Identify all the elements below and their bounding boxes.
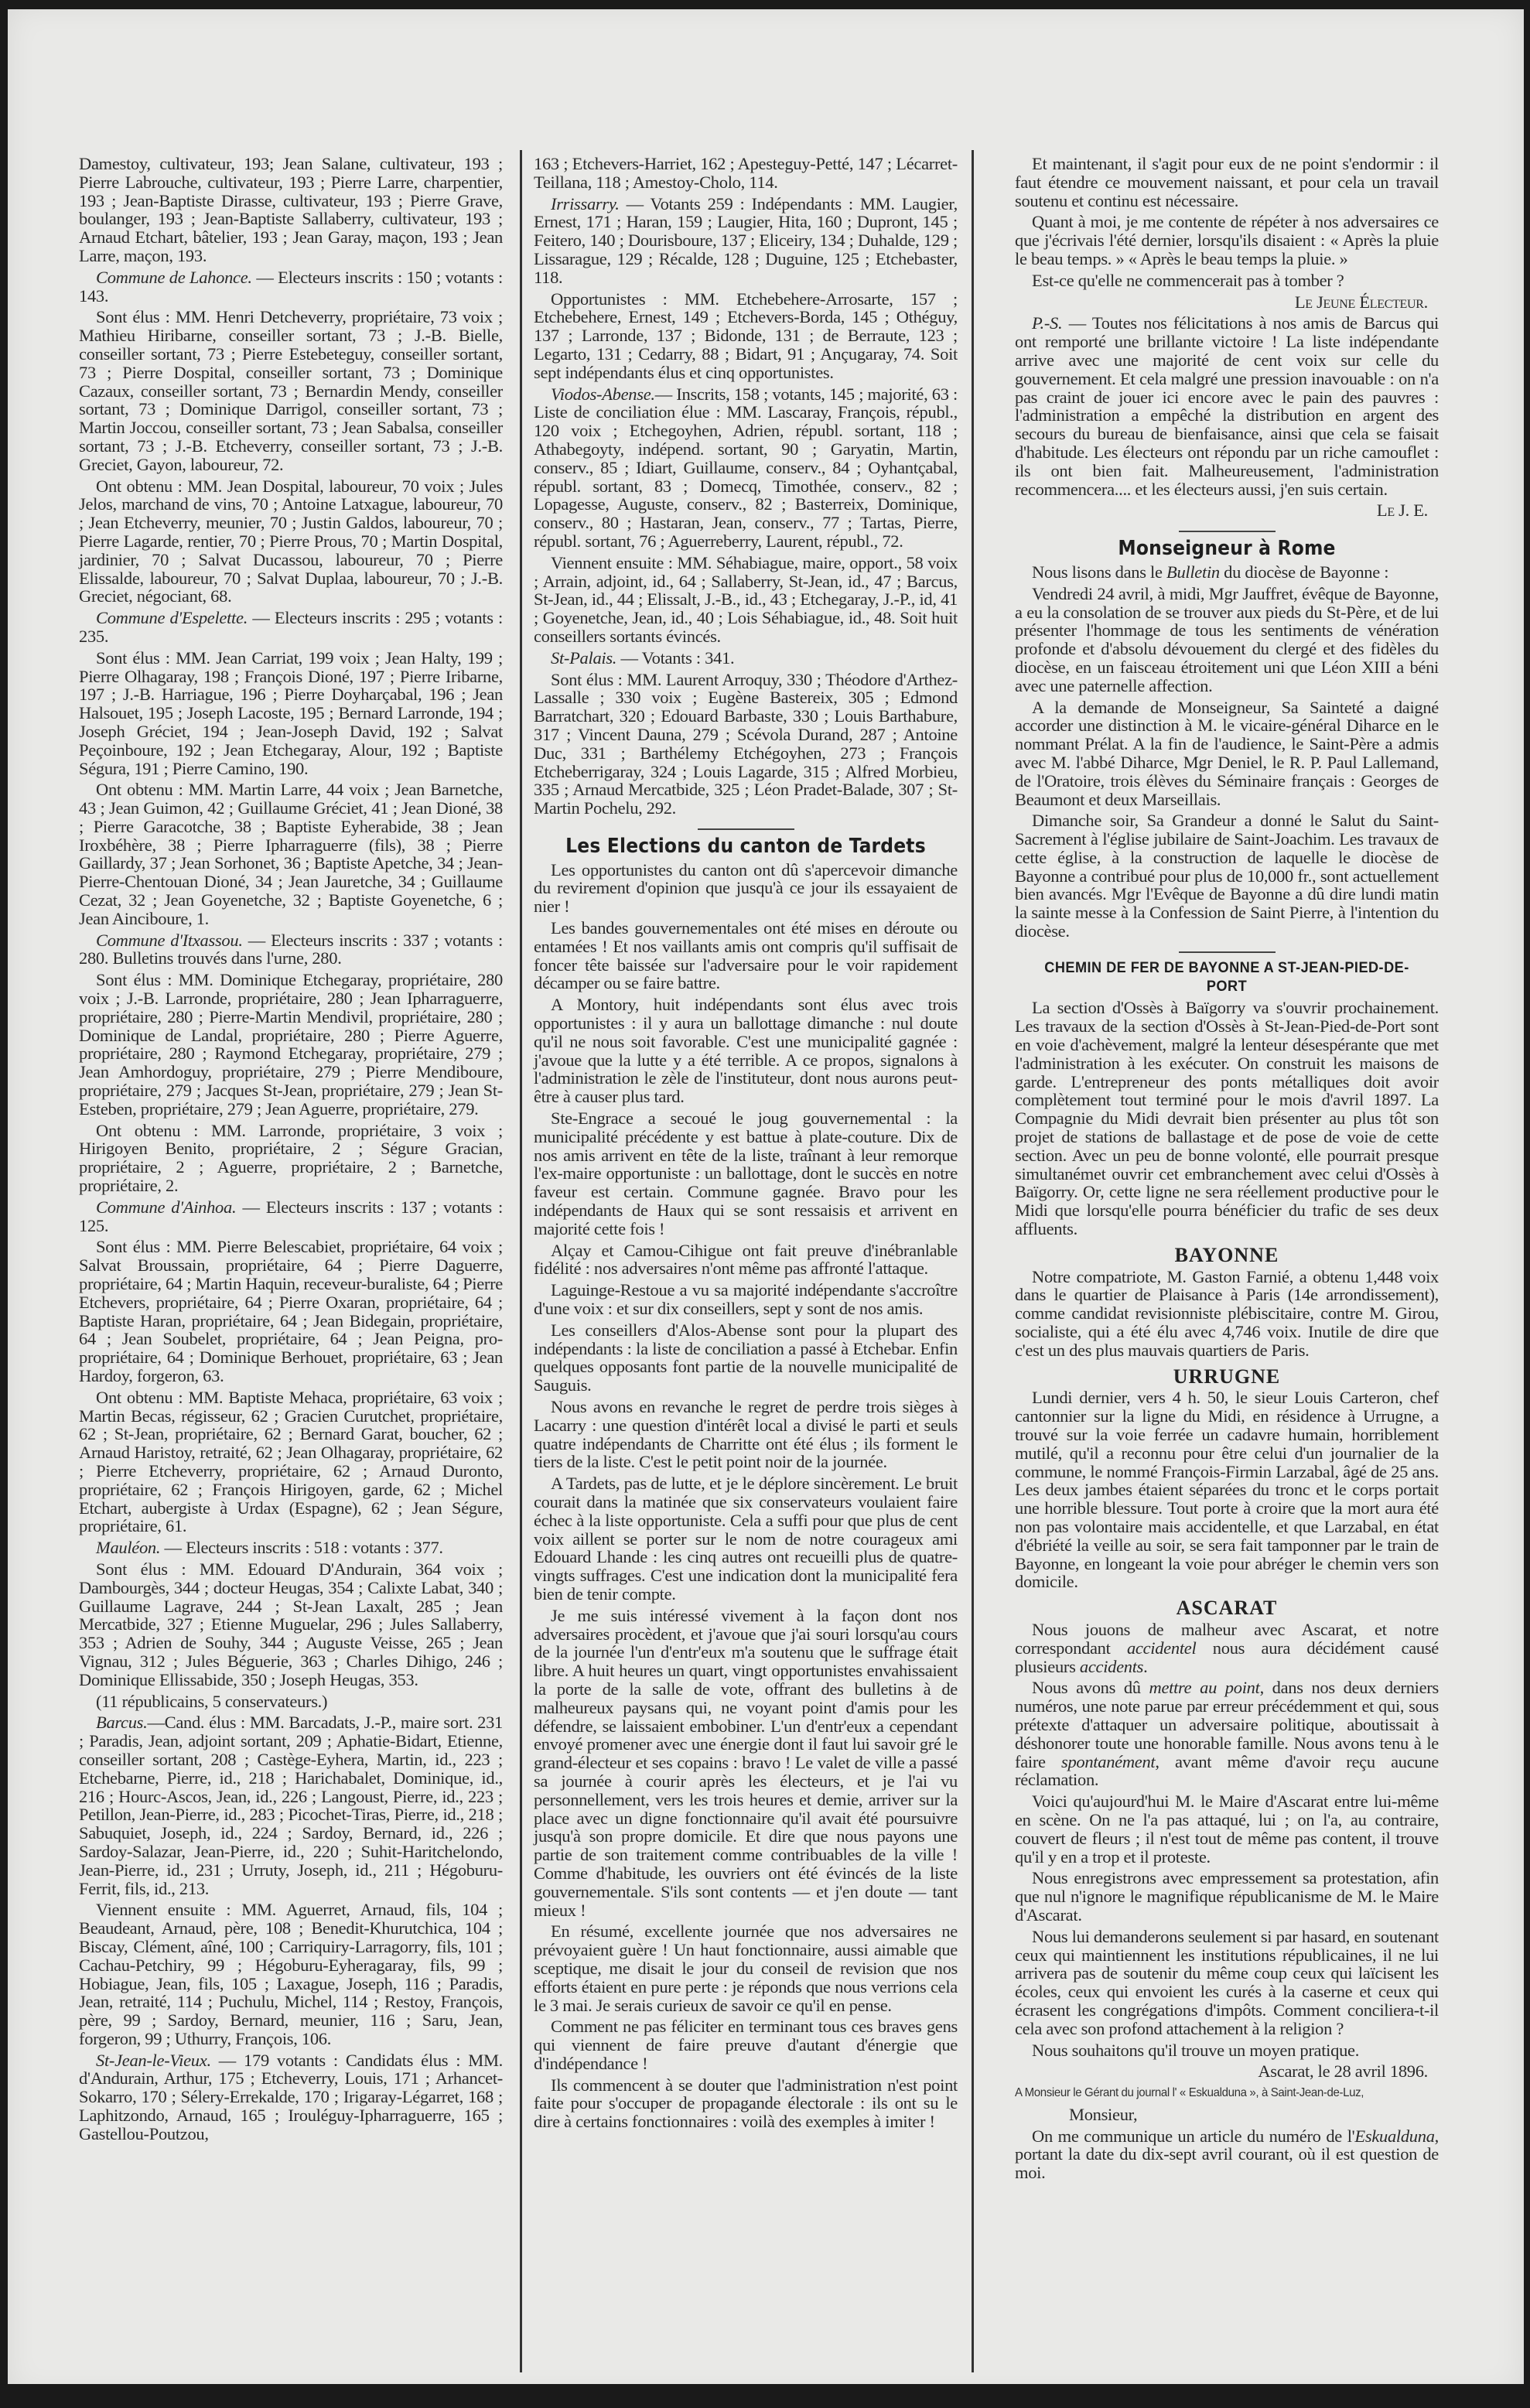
paragraph: Voici qu'aujourd'hui M. le Maire d'Ascar… [1015, 1792, 1439, 1866]
signature: Le J. E. [1015, 501, 1428, 520]
commune-title: Commune d'Itxassou. [96, 931, 243, 950]
paragraph: Nous avons en revanche le regret de perd… [534, 1398, 958, 1471]
commune-itxassou: Commune d'Itxassou. — Electeurs inscrits… [79, 931, 503, 968]
column-3: Et maintenant, il s'agit pour eux de ne … [1015, 155, 1439, 2271]
paragraph: Sont élus : MM. Jean Carriat, 199 voix ;… [79, 649, 503, 778]
article-heading-railway: CHEMIN DE FER DE BAYONNE A ST-JEAN-PIED-… [1030, 959, 1424, 996]
paragraph: Ont obtenu : MM. Larronde, propriétaire,… [79, 1122, 503, 1195]
paragraph: Alçay et Camou-Cihigue ont fait preuve d… [534, 1242, 958, 1279]
paragraph: Nous avons dû mettre au point, dans nos … [1015, 1679, 1439, 1789]
paragraph: A la demande de Monseigneur, Sa Sainteté… [1015, 698, 1439, 809]
scan-edge-bottom [8, 2384, 1524, 2395]
commune-espelette: Commune d'Espelette. — Electeurs inscrit… [79, 609, 503, 646]
paragraph: Sont élus : MM. Laurent Arroquy, 330 ; T… [534, 671, 958, 818]
signature: Le Jeune Électeur. [1015, 293, 1428, 312]
paragraph: Ont obtenu : MM. Martin Larre, 44 voix ;… [79, 780, 503, 927]
commune-title: Irrissarry. [551, 194, 620, 213]
paragraph: A Montory, huit indépendants sont élus a… [534, 996, 958, 1106]
paragraph: Sont élus : MM. Pierre Belescabiet, prop… [79, 1238, 503, 1385]
commune-ainhoa: Commune d'Ainhoa. — Electeurs inscrits :… [79, 1198, 503, 1235]
commune-irrissarry: Irrissarry. — Votants 259 : Indépendants… [534, 195, 958, 287]
article-heading-tardets: Les Elections du canton de Tardets [534, 838, 958, 856]
paragraph: Les conseillers d'Alos-Abense sont pour … [534, 1321, 958, 1395]
paragraph: Les opportunistes du canton ont dû s'ape… [534, 861, 958, 916]
paragraph: Les bandes gouvernementales ont été mise… [534, 919, 958, 992]
postscript: P.-S. — Toutes nos félicitations à nos a… [1015, 314, 1439, 498]
section-divider [698, 828, 794, 830]
column-2: 163 ; Etchevers-Harriet, 162 ; Apesteguy… [534, 155, 958, 2271]
commune-title: Commune d'Ainhoa. [96, 1197, 236, 1217]
paragraph: 163 ; Etchevers-Harriet, 162 ; Apesteguy… [534, 155, 958, 192]
article-heading-urrugne: URRUGNE [1015, 1368, 1439, 1386]
paragraph: Viennent ensuite : MM. Aguerret, Arnaud,… [79, 1901, 503, 2048]
paragraph: (11 républicains, 5 conservateurs.) [79, 1692, 503, 1711]
column-rule [520, 150, 522, 2372]
paragraph: Est-ce qu'elle ne commencerait pas à tom… [1015, 272, 1439, 290]
paragraph: Comment ne pas féliciter en terminant to… [534, 2017, 958, 2072]
letter-salutation: Monsieur, [1015, 2106, 1439, 2124]
ps-label: P.-S. [1032, 313, 1062, 333]
commune-title: Barcus. [96, 1713, 147, 1732]
commune-lahonce: Commune de Lahonce. — Electeurs inscrits… [79, 268, 503, 306]
commune-title: Commune de Lahonce. [96, 268, 252, 287]
paragraph: A Tardets, pas de lutte, et je le déplor… [534, 1474, 958, 1604]
section-divider [1179, 531, 1276, 532]
article-heading-rome: Monseigneur à Rome [1015, 540, 1439, 558]
paragraph: Sont élus : MM. Edouard D'Andurain, 364 … [79, 1560, 503, 1689]
paragraph: Dimanche soir, Sa Grandeur a donné le Sa… [1015, 811, 1439, 941]
paragraph: Ste-Engrace a secoué le joug gouvernemen… [534, 1109, 958, 1238]
paragraph: Ont obtenu : MM. Baptiste Mehaca, propri… [79, 1388, 503, 1535]
paragraph: Sont élus : MM. Henri Detcheverry, propr… [79, 308, 503, 473]
commune-st-jean-le-vieux: St-Jean-le-Vieux. — 179 votants : Candid… [79, 2051, 503, 2143]
scan-edge-top [8, 5, 1524, 9]
commune-barcus: Barcus.—Cand. élus : MM. Barcadats, J.-P… [79, 1713, 503, 1897]
paragraph: Nous souhaitons qu'il trouve un moyen pr… [1015, 2041, 1439, 2060]
commune-title: St-Jean-le-Vieux. [96, 2051, 211, 2070]
dateline: Ascarat, le 28 avril 1896. [1015, 2062, 1428, 2081]
paragraph: Je me suis intéressé vivement à la façon… [534, 1607, 958, 1920]
paragraph: Notre compatriote, M. Gaston Farnié, a o… [1015, 1268, 1439, 1360]
paragraph: Opportunistes : MM. Etchebehere-Arrosart… [534, 290, 958, 382]
article-heading-ascarat: ASCARAT [1015, 1599, 1439, 1617]
commune-title: St-Palais. [551, 648, 616, 668]
paragraph: Ils commencent à se douter que l'adminis… [534, 2076, 958, 2131]
paragraph: Viennent ensuite : MM. Séhabiague, maire… [534, 554, 958, 646]
article-heading-bayonne: BAYONNE [1015, 1246, 1439, 1265]
newspaper-page: Damestoy, cultivateur, 193; Jean Salane,… [8, 5, 1524, 2395]
letter-address: A Monsieur le Gérant du journal l' « Esk… [1015, 2084, 1413, 2102]
paragraph: Laguinge-Restoue a vu sa majorité indépe… [534, 1281, 958, 1318]
column-1: Damestoy, cultivateur, 193; Jean Salane,… [79, 155, 503, 2271]
commune-title: Viodos-Abense. [551, 384, 655, 404]
commune-viodos: Viodos-Abense.— Inscrits, 158 ; votants,… [534, 385, 958, 551]
commune-title: Mauléon. [96, 1538, 160, 1557]
commune-st-palais: St-Palais. — Votants : 341. [534, 649, 958, 668]
paragraph: Sont élus : MM. Dominique Etchegaray, pr… [79, 971, 503, 1118]
paragraph: En résumé, excellente journée que nos ad… [534, 1922, 958, 2014]
paragraph: Nous lui demanderons seulement si par ha… [1015, 1928, 1439, 2038]
paragraph: Vendredi 24 avril, à midi, Mgr Jauffret,… [1015, 585, 1439, 695]
commune-mauleon: Mauléon. — Electeurs inscrits : 518 : vo… [79, 1539, 503, 1557]
column-rule [972, 150, 974, 2372]
paragraph: Lundi dernier, vers 4 h. 50, le sieur Lo… [1015, 1388, 1439, 1591]
paragraph: Damestoy, cultivateur, 193; Jean Salane,… [79, 155, 503, 265]
paragraph: Nous enregistrons avec empressement sa p… [1015, 1869, 1439, 1924]
paragraph: On me communique un article du numéro de… [1015, 2127, 1439, 2182]
paragraph: Nous lisons dans le Bulletin du diocèse … [1015, 563, 1439, 582]
section-divider [1179, 951, 1276, 953]
commune-title: Commune d'Espelette. [96, 608, 248, 627]
paragraph: La section d'Ossès à Baïgorry va s'ouvri… [1015, 999, 1439, 1238]
paragraph: Quant à moi, je me contente de répéter à… [1015, 213, 1439, 268]
paragraph: Nous jouons de malheur avec Ascarat, et … [1015, 1621, 1439, 1675]
paragraph: Ont obtenu : MM. Jean Dospital, laboureu… [79, 477, 503, 606]
paragraph: Et maintenant, il s'agit pour eux de ne … [1015, 155, 1439, 210]
